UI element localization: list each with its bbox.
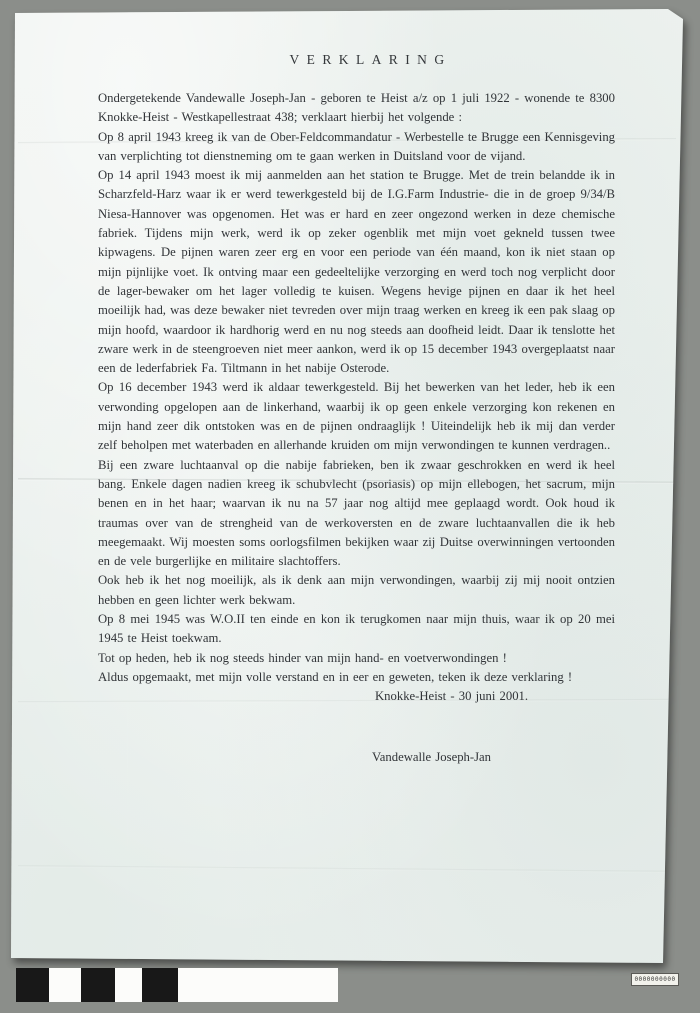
paragraph-hardship: Ook heb ik het nog moeilijk, als ik denk… [98, 571, 615, 610]
calibration-block-white [49, 968, 81, 1002]
calibration-bar-white [178, 968, 338, 1002]
calibration-block-white [115, 968, 142, 1002]
scanned-paper: VERKLARING Ondergetekende Vandewalle Jos… [0, 0, 700, 1013]
paragraph-war-end: Op 8 mei 1945 was W.O.II ten einde en ko… [98, 610, 615, 649]
paragraph-leather-factory: Op 16 december 1943 werd ik aldaar tewer… [98, 378, 615, 455]
signature-name: Vandewalle Joseph-Jan [98, 748, 615, 767]
scanned-paper-wrapper: VERKLARING Ondergetekende Vandewalle Jos… [0, 0, 700, 1013]
paragraph-deportation: Op 14 april 1943 moest ik mij aanmelden … [98, 166, 615, 378]
scanner-bed: { "scan": { "background_color": "#8b8e8a… [0, 0, 700, 1013]
paragraph-intro: Ondergetekende Vandewalle Joseph-Jan - g… [98, 89, 615, 128]
date-line: Knokke-Heist - 30 juni 2001. [98, 687, 615, 706]
calibration-block-black [81, 968, 115, 1002]
calibration-block-black [16, 968, 49, 1002]
calibration-strip [16, 968, 338, 1002]
paragraph-notice-1943: Op 8 april 1943 kreeg ik van de Ober-Fel… [98, 128, 615, 167]
paragraph-closing: Aldus opgemaakt, met mijn volle verstand… [98, 668, 615, 687]
document-title: VERKLARING [98, 52, 615, 68]
barcode-sticker: 0000000000 [631, 973, 679, 986]
calibration-block-black [142, 968, 178, 1002]
paper-crease [18, 865, 676, 873]
paragraph-injuries-today: Tot op heden, heb ik nog steeds hinder v… [98, 649, 615, 668]
declaration-text: Ondergetekende Vandewalle Joseph-Jan - g… [98, 89, 615, 767]
paragraph-air-raid: Bij een zware luchtaanval op die nabije … [98, 456, 615, 572]
